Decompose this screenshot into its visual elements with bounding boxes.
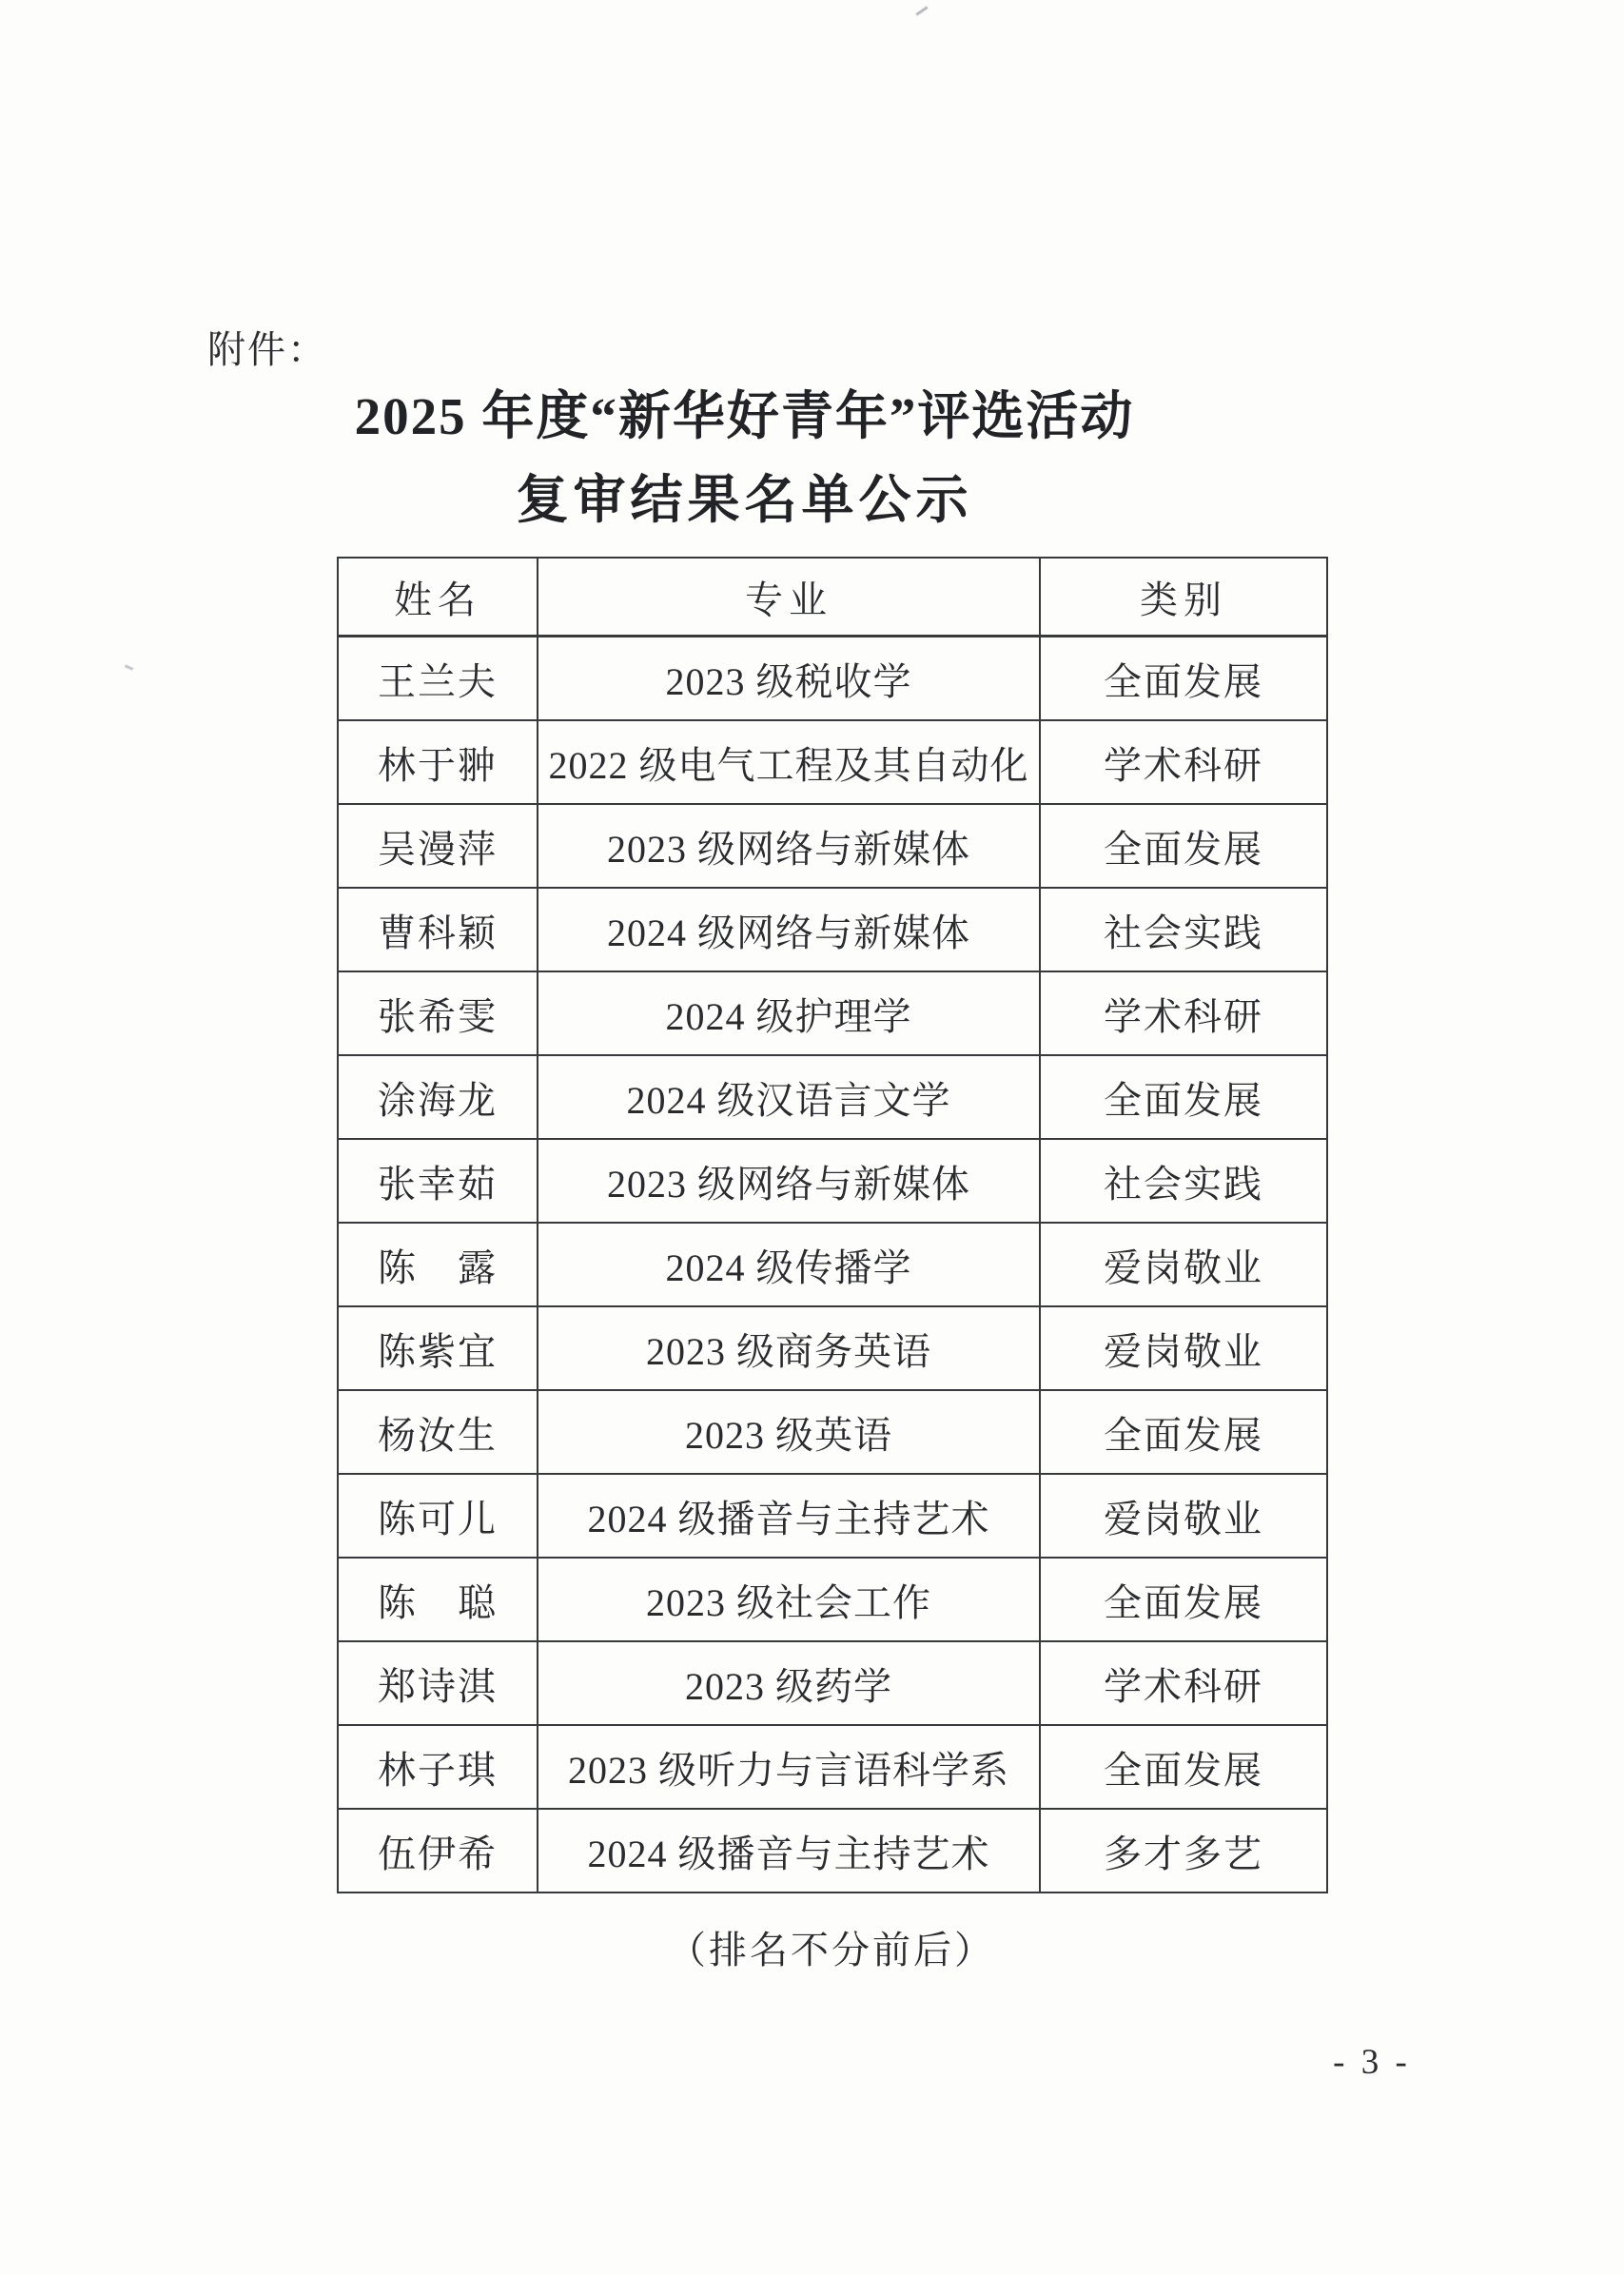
table-row: 陈紫宜 2023 级商务英语 爱岗敬业 (338, 1306, 1327, 1390)
name-cell: 王兰夫 (338, 637, 538, 721)
table-row: 张幸茹 2023 级网络与新媒体 社会实践 (338, 1139, 1327, 1223)
name-cell: 陈可儿 (338, 1474, 538, 1558)
title-block: 2025 年度“新华好青年”评选活动 复审结果名单公示 (162, 390, 1327, 526)
name-cell: 吴漫萍 (338, 804, 538, 888)
table-row: 张希雯 2024 级护理学 学术科研 (338, 971, 1327, 1055)
table-row: 杨汝生 2023 级英语 全面发展 (338, 1390, 1327, 1474)
category-cell: 学术科研 (1040, 971, 1327, 1055)
table-row: 吴漫萍 2023 级网络与新媒体 全面发展 (338, 804, 1327, 888)
major-cell: 2023 级商务英语 (538, 1306, 1040, 1390)
major-cell: 2024 级汉语言文学 (538, 1055, 1040, 1139)
name-cell: 伍伊希 (338, 1809, 538, 1893)
name-cell: 张希雯 (338, 971, 538, 1055)
column-header-major: 专业 (538, 558, 1040, 637)
page-title: 2025 年度“新华好青年”评选活动 (162, 390, 1327, 442)
table-header-row: 姓名 专业 类别 (338, 558, 1327, 637)
major-cell: 2023 级英语 (538, 1390, 1040, 1474)
category-cell: 全面发展 (1040, 1725, 1327, 1809)
category-cell: 多才多艺 (1040, 1809, 1327, 1893)
category-cell: 社会实践 (1040, 888, 1327, 971)
name-cell: 曹科颖 (338, 888, 538, 971)
major-cell: 2023 级网络与新媒体 (538, 804, 1040, 888)
category-cell: 全面发展 (1040, 804, 1327, 888)
column-header-name: 姓名 (338, 558, 538, 637)
major-cell: 2022 级电气工程及其自动化 (538, 720, 1040, 804)
major-cell: 2024 级传播学 (538, 1223, 1040, 1306)
name-cell: 林于翀 (338, 720, 538, 804)
major-cell: 2023 级网络与新媒体 (538, 1139, 1040, 1223)
major-cell: 2023 级税收学 (538, 637, 1040, 721)
table-row: 郑诗淇 2023 级药学 学术科研 (338, 1641, 1327, 1725)
major-cell: 2024 级护理学 (538, 971, 1040, 1055)
category-cell: 社会实践 (1040, 1139, 1327, 1223)
category-cell: 全面发展 (1040, 1055, 1327, 1139)
major-cell: 2023 级听力与言语科学系 (538, 1725, 1040, 1809)
name-cell: 杨汝生 (338, 1390, 538, 1474)
name-cell: 陈 聪 (338, 1558, 538, 1641)
table-row: 王兰夫 2023 级税收学 全面发展 (338, 637, 1327, 721)
major-cell: 2024 级播音与主持艺术 (538, 1809, 1040, 1893)
table-row: 林于翀 2022 级电气工程及其自动化 学术科研 (338, 720, 1327, 804)
roster-table: 姓名 专业 类别 王兰夫 2023 级税收学 全面发展 林于翀 2022 级电气… (337, 557, 1328, 1893)
major-cell: 2023 级药学 (538, 1641, 1040, 1725)
footer-note: （排名不分前后） (337, 1920, 1326, 1974)
major-cell: 2023 级社会工作 (538, 1558, 1040, 1641)
major-cell: 2024 级网络与新媒体 (538, 888, 1040, 971)
table-row: 陈可儿 2024 级播音与主持艺术 爱岗敬业 (338, 1474, 1327, 1558)
table-row: 伍伊希 2024 级播音与主持艺术 多才多艺 (338, 1809, 1327, 1893)
major-cell: 2024 级播音与主持艺术 (538, 1474, 1040, 1558)
category-cell: 全面发展 (1040, 637, 1327, 721)
scan-artifact (125, 664, 133, 671)
page-subtitle: 复审结果名单公示 (162, 474, 1327, 526)
category-cell: 全面发展 (1040, 1390, 1327, 1474)
category-cell: 学术科研 (1040, 720, 1327, 804)
name-cell: 郑诗淇 (338, 1641, 538, 1725)
name-cell: 涂海龙 (338, 1055, 538, 1139)
category-cell: 爱岗敬业 (1040, 1223, 1327, 1306)
attachment-label: 附件： (207, 320, 327, 374)
table-row: 陈 露 2024 级传播学 爱岗敬业 (338, 1223, 1327, 1306)
category-cell: 学术科研 (1040, 1641, 1327, 1725)
table-row: 林子琪 2023 级听力与言语科学系 全面发展 (338, 1725, 1327, 1809)
table-row: 陈 聪 2023 级社会工作 全面发展 (338, 1558, 1327, 1641)
scan-artifact (915, 6, 928, 15)
name-cell: 陈 露 (338, 1223, 538, 1306)
name-cell: 张幸茹 (338, 1139, 538, 1223)
category-cell: 爱岗敬业 (1040, 1474, 1327, 1558)
table-row: 曹科颖 2024 级网络与新媒体 社会实践 (338, 888, 1327, 971)
table-row: 涂海龙 2024 级汉语言文学 全面发展 (338, 1055, 1327, 1139)
page-number: - 3 - (1277, 2042, 1467, 2083)
scanned-document-page: 附件： 2025 年度“新华好青年”评选活动 复审结果名单公示 姓名 专业 类别… (0, 0, 1624, 2275)
roster-table-body: 王兰夫 2023 级税收学 全面发展 林于翀 2022 级电气工程及其自动化 学… (338, 637, 1327, 1893)
name-cell: 林子琪 (338, 1725, 538, 1809)
name-cell: 陈紫宜 (338, 1306, 538, 1390)
category-cell: 全面发展 (1040, 1558, 1327, 1641)
category-cell: 爱岗敬业 (1040, 1306, 1327, 1390)
column-header-category: 类别 (1040, 558, 1327, 637)
